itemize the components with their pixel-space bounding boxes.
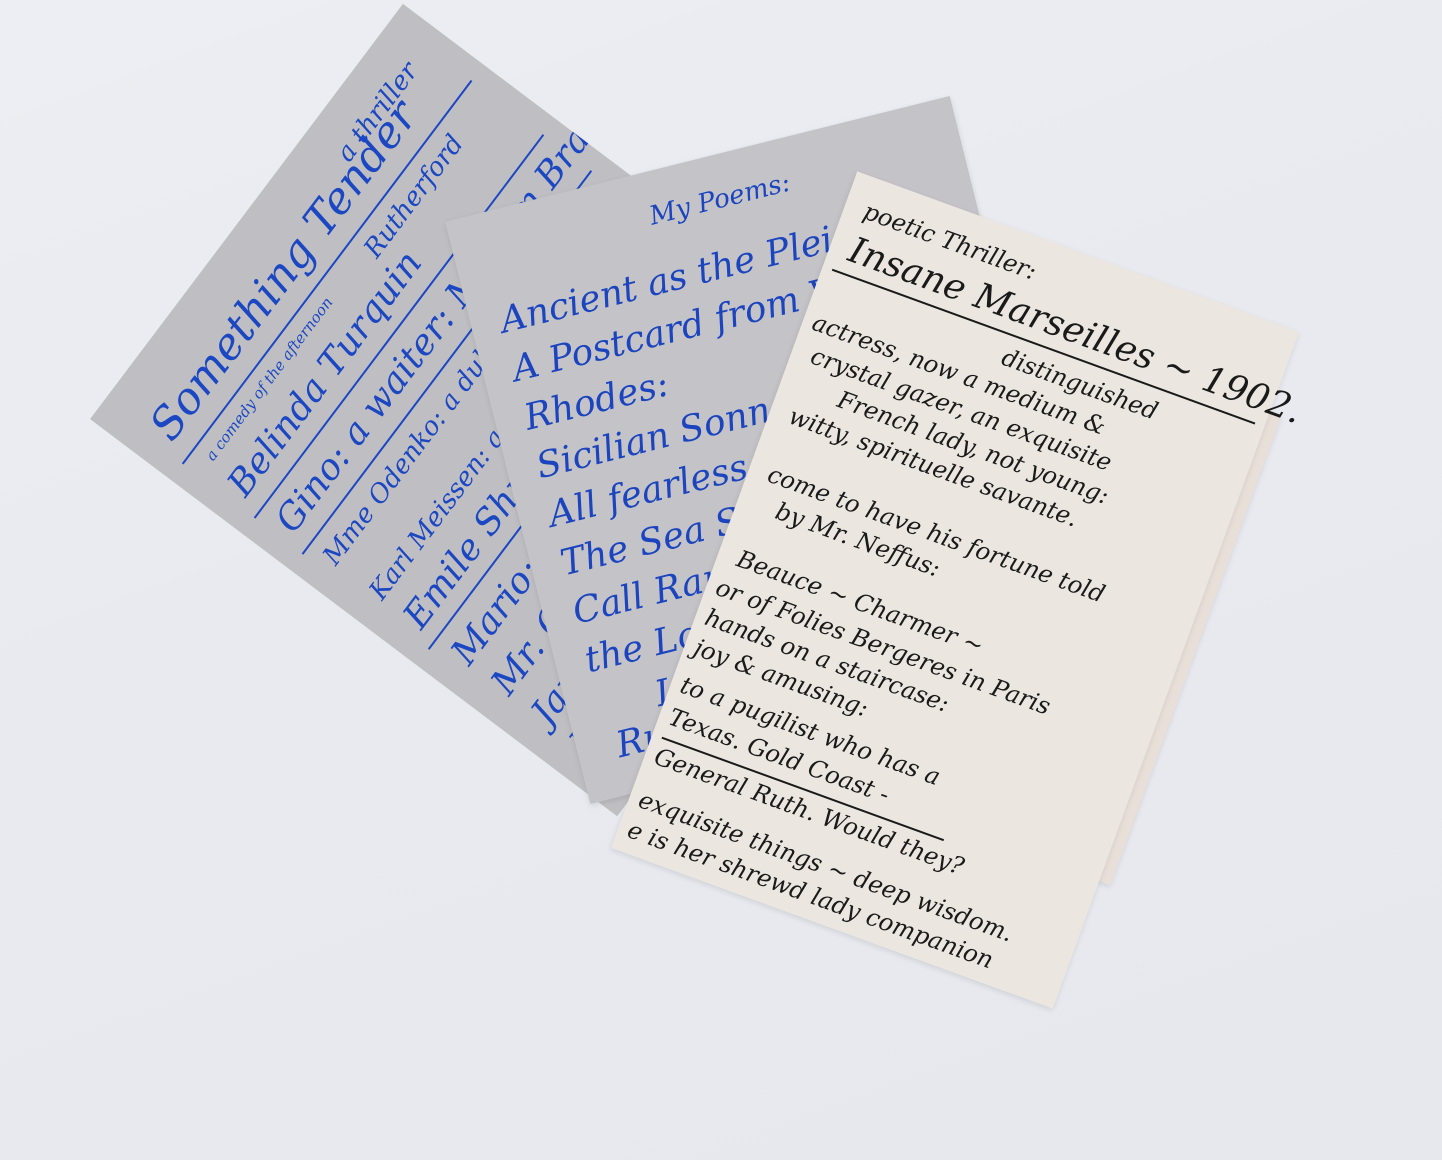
- sheet-heading: My Poems:: [646, 168, 793, 232]
- photo-scene: Something Tender a thriller a comedy of …: [0, 0, 1442, 1160]
